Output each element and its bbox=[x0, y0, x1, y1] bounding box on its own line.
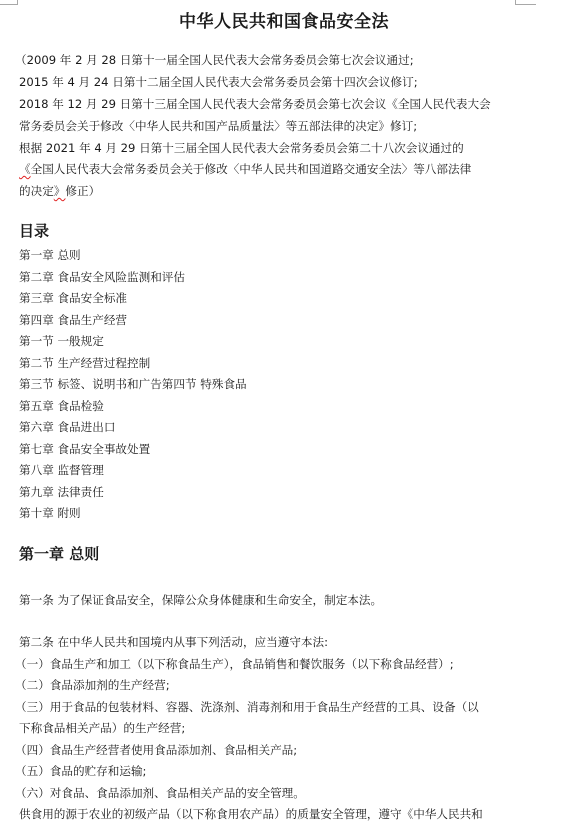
toc-heading: 目录 bbox=[19, 223, 49, 239]
preamble-line: 根据 2021 年 4 月 29 日第十三届全国人民代表大会常务委员会第二十八次… bbox=[19, 140, 464, 156]
article-2-line: （二）食品添加剂的生产经营; bbox=[15, 677, 170, 693]
preamble-line: 的决定》修正） bbox=[19, 183, 100, 199]
toc-item: 第一章 总则 bbox=[19, 247, 81, 263]
preamble-line: 常务委员会关于修改〈中华人民共和国产品质量法〉等五部法律的决定》修订; bbox=[19, 118, 417, 134]
article-2-line: 第二条 在中华人民共和国境内从事下列活动，应当遵守本法: bbox=[19, 634, 328, 650]
toc-item: 第八章 监督管理 bbox=[19, 462, 104, 478]
toc-item: 第二节 生产经营过程控制 bbox=[19, 355, 150, 371]
chapter-heading: 第一章 总则 bbox=[19, 546, 99, 562]
toc-item: 第三节 标签、说明书和广告第四节 特殊食品 bbox=[19, 376, 247, 392]
spellcheck-flag[interactable]: 《 bbox=[19, 162, 31, 176]
toc-item: 第一节 一般规定 bbox=[19, 333, 104, 349]
preamble-line: 2018 年 12 月 29 日第十三届全国人民代表大会常务委员会第七次会议《全… bbox=[19, 96, 491, 112]
toc-item: 第十章 附则 bbox=[19, 505, 81, 521]
toc-item: 第七章 食品安全事故处置 bbox=[19, 441, 150, 457]
toc-item: 第二章 食品安全风险监测和评估 bbox=[19, 269, 185, 285]
toc-item: 第六章 食品进出口 bbox=[19, 419, 115, 435]
document-title: 中华人民共和国食品安全法 bbox=[19, 7, 549, 32]
toc-item: 第九章 法律责任 bbox=[19, 484, 104, 500]
preamble-line: 2015 年 4 月 24 日第十二届全国人民代表大会常务委员会第十四次会议修订… bbox=[19, 74, 418, 90]
article-2-line: 供食用的源于农业的初级产品（以下称食用农产品）的质量安全管理，遵守《中华人民共和 bbox=[19, 806, 483, 822]
page-corner-mark-right bbox=[515, 0, 536, 5]
toc-item: 第五章 食品检验 bbox=[19, 398, 104, 414]
toc-item: 第三章 食品安全标准 bbox=[19, 290, 127, 306]
page-corner-mark-left bbox=[0, 0, 18, 5]
article-2-line: （五）食品的贮存和运输; bbox=[15, 763, 146, 779]
spellcheck-flag[interactable]: 》 bbox=[54, 184, 66, 198]
article-2-line: （三）用于食品的包装材料、容器、洗涤剂、消毒剂和用于食品生产经营的工具、设备（以 bbox=[15, 699, 479, 715]
article-2-line: 下称食品相关产品）的生产经营; bbox=[19, 720, 185, 736]
article-2-line: （六）对食品、食品添加剂、食品相关产品的安全管理。 bbox=[15, 785, 305, 801]
preamble-line: 《全国人民代表大会常务委员会关于修改〈中华人民共和国道路交通安全法〉等八部法律 bbox=[19, 161, 471, 177]
article-2-line: （四）食品生产经营者使用食品添加剂、食品相关产品; bbox=[15, 742, 297, 758]
toc-item: 第四章 食品生产经营 bbox=[19, 312, 127, 328]
preamble-line: （2009 年 2 月 28 日第十一届全国人民代表大会常务委员会第七次会议通过… bbox=[15, 52, 414, 68]
article-1: 第一条 为了保证食品安全，保障公众身体健康和生命安全，制定本法。 bbox=[19, 592, 382, 608]
article-2-line: （一）食品生产和加工（以下称食品生产），食品销售和餐饮服务（以下称食品经营）; bbox=[15, 656, 454, 672]
